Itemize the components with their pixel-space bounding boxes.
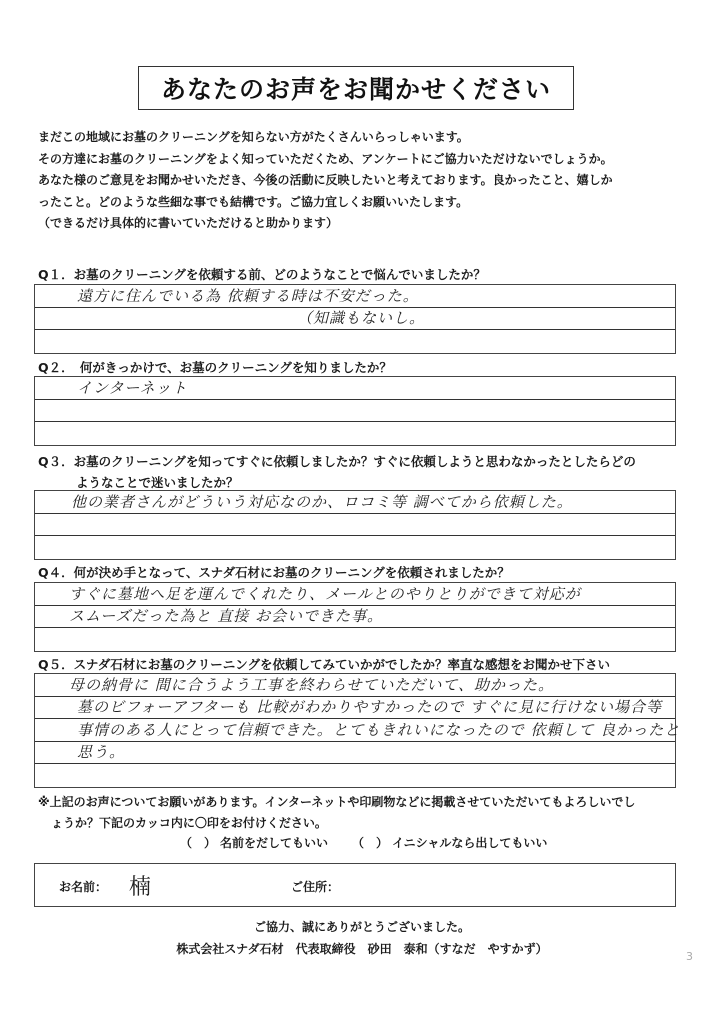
consent-option-name[interactable]: （ ）名前をだしてもいい bbox=[180, 834, 328, 851]
question-1-label: Q１．お墓のクリーニングを依頼する前、どのようなことで悩んでいましたか？ bbox=[38, 265, 486, 283]
handwritten-answer: 事情のある人にとって信頼できた。とてもきれいになったので 依頼して 良かったと bbox=[77, 719, 680, 740]
answer-line[interactable]: インターネット bbox=[35, 377, 675, 400]
handwritten-answer: （知識もないし。 bbox=[297, 307, 425, 328]
answer-line[interactable] bbox=[35, 764, 675, 787]
question-4-label: Q４．何が決め手となって、スナダ石材にお墓のクリーニングを依頼されましたか？ bbox=[38, 563, 510, 581]
handwritten-answer: 墓のビフォーアフターも 比較がわかりやすかったので すぐに見に行けない場合等 bbox=[77, 696, 662, 717]
answer-line[interactable]: 母の納骨に 間に合うよう工事を終わらせていただいて、助かった。 bbox=[35, 674, 675, 697]
answer-box-q1[interactable]: 遠方に住んでいる為 依頼する時は不安だった。 （知識もないし。 bbox=[34, 284, 676, 354]
consent-options: （ ）名前をだしてもいい （ ）イニシャルなら出してもいい bbox=[180, 834, 547, 851]
answer-line[interactable]: すぐに墓地へ足を運んでくれたり、メールとのやりとりができて対応が bbox=[35, 583, 675, 606]
company-signature: 株式会社スナダ石材 代表取締役 砂田 泰和（すなだ やすかず） bbox=[0, 940, 724, 957]
answer-line[interactable] bbox=[35, 514, 675, 537]
answer-line[interactable] bbox=[35, 422, 675, 445]
answer-box-q5[interactable]: 母の納骨に 間に合うよう工事を終わらせていただいて、助かった。 墓のビフォーアフ… bbox=[34, 673, 676, 788]
handwritten-answer: すぐに墓地へ足を運んでくれたり、メールとのやりとりができて対応が bbox=[69, 583, 581, 604]
intro-line: その方達にお墓のクリーニングをよく知っていただくため、アンケートにご協力いただけ… bbox=[38, 149, 698, 171]
answer-line[interactable]: 他の業者さんがどういう対応なのか、ロコミ等 調べてから依頼した。 bbox=[35, 491, 675, 514]
address-label: ご住所： bbox=[291, 878, 339, 895]
consent-label: イニシャルなら出してもいい bbox=[392, 836, 547, 850]
handwritten-answer: スムーズだった為と 直接 お会いできた事。 bbox=[69, 605, 383, 626]
intro-line: （できるだけ具体的に書いていただけると助かります） bbox=[38, 213, 698, 235]
handwritten-answer: 母の納骨に 間に合うよう工事を終わらせていただいて、助かった。 bbox=[69, 674, 554, 695]
answer-line[interactable] bbox=[35, 628, 675, 651]
handwritten-answer: インターネット bbox=[77, 377, 188, 398]
name-field[interactable]: 楠 bbox=[129, 870, 151, 901]
notice-line: ょうか？下記のカッコ内に〇印をお付けください。 bbox=[38, 813, 698, 834]
page-number: 3 bbox=[686, 950, 693, 963]
answer-box-q2[interactable]: インターネット bbox=[34, 376, 676, 446]
title-box: あなたのお声をお聞かせください bbox=[138, 66, 574, 110]
answer-line[interactable]: 思う。 bbox=[35, 742, 675, 765]
name-label: お名前： bbox=[59, 878, 107, 895]
question-5-label: Q５．スナダ石材にお墓のクリーニングを依頼してみていかがでしたか？率直な感想をお… bbox=[38, 655, 610, 673]
intro-line: まだこの地域にお墓のクリーニングを知らない方がたくさんいらっしゃいます。 bbox=[38, 127, 698, 149]
answer-line[interactable]: 事情のある人にとって信頼できた。とてもきれいになったので 依頼して 良かったと bbox=[35, 719, 675, 742]
checkbox-parentheses[interactable]: （ ） bbox=[352, 834, 388, 851]
handwritten-answer: 遠方に住んでいる為 依頼する時は不安だった。 bbox=[77, 285, 419, 306]
thanks-message: ご協力、誠にありがとうございました。 bbox=[0, 918, 724, 935]
answer-line[interactable]: 遠方に住んでいる為 依頼する時は不安だった。 bbox=[35, 285, 675, 308]
answer-box-q3[interactable]: 他の業者さんがどういう対応なのか、ロコミ等 調べてから依頼した。 bbox=[34, 490, 676, 560]
handwritten-answer: 他の業者さんがどういう対応なのか、ロコミ等 調べてから依頼した。 bbox=[71, 491, 573, 512]
answer-line[interactable]: （知識もないし。 bbox=[35, 308, 675, 331]
answer-line[interactable] bbox=[35, 400, 675, 423]
question-2-label: Q２． 何がきっかけで、お墓のクリーニングを知りましたか？ bbox=[38, 358, 392, 376]
notice-line: ※上記のお声についてお願いがあります。インターネットや印刷物などに掲載させていた… bbox=[38, 792, 698, 813]
contact-box: お名前： 楠 ご住所： bbox=[34, 863, 676, 907]
checkbox-parentheses[interactable]: （ ） bbox=[180, 834, 216, 851]
consent-label: 名前をだしてもいい bbox=[220, 836, 328, 850]
answer-line[interactable] bbox=[35, 536, 675, 559]
intro-line: あなた様のご意見をお聞かせいただき、今後の活動に反映したいと考えております。良か… bbox=[38, 170, 698, 192]
answer-line[interactable]: 墓のビフォーアフターも 比較がわかりやすかったので すぐに見に行けない場合等 bbox=[35, 697, 675, 720]
question-3-label: Q３．お墓のクリーニングを知ってすぐに依頼しましたか？すぐに依頼しようと思わなか… bbox=[38, 452, 636, 470]
intro-paragraph: まだこの地域にお墓のクリーニングを知らない方がたくさんいらっしゃいます。 その方… bbox=[38, 127, 698, 235]
publication-notice: ※上記のお声についてお願いがあります。インターネットや印刷物などに掲載させていた… bbox=[38, 792, 698, 834]
intro-line: ったこと。どのような些細な事でも結構です。ご協力宜しくお願いいたします。 bbox=[38, 192, 698, 214]
answer-line[interactable]: スムーズだった為と 直接 お会いできた事。 bbox=[35, 606, 675, 629]
page-title: あなたのお声をお聞かせください bbox=[161, 70, 551, 106]
consent-option-initials[interactable]: （ ）イニシャルなら出してもいい bbox=[352, 834, 547, 851]
answer-box-q4[interactable]: すぐに墓地へ足を運んでくれたり、メールとのやりとりができて対応が スムーズだった… bbox=[34, 582, 676, 652]
question-3-label-continued: ようなことで迷いましたか？ bbox=[76, 473, 239, 491]
answer-line[interactable] bbox=[35, 330, 675, 353]
handwritten-answer: 思う。 bbox=[77, 741, 125, 762]
